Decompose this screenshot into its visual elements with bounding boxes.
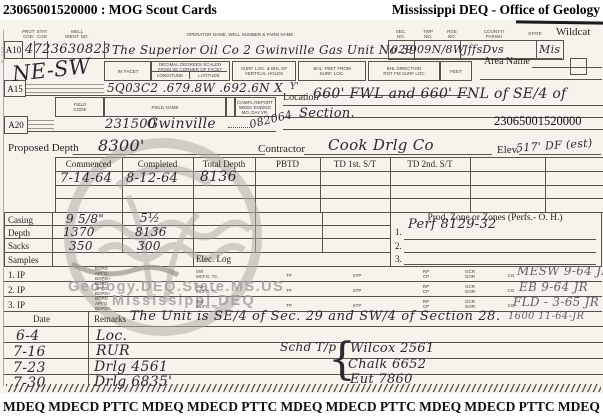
- col-completed: Completed: [122, 159, 193, 169]
- depth2-value: 8136: [135, 225, 167, 239]
- watermark-agency-text: Mississippi DEQ: [112, 293, 256, 309]
- contractor-value: Cook Drlg Co: [328, 136, 434, 154]
- a20-ruling: [28, 120, 54, 121]
- a10-grid-line: [536, 40, 537, 58]
- casing2-value: 5½: [140, 211, 160, 225]
- in-facet-label: IN' FACET: [104, 61, 152, 81]
- casing-table-vline: [52, 212, 53, 266]
- completed-value: 8-12-64: [126, 171, 178, 186]
- state-value: Mis: [539, 43, 560, 56]
- location-line-rule3: [283, 129, 603, 130]
- footer-word: MDEQ: [3, 399, 45, 415]
- a15-ruling: [26, 88, 104, 89]
- casing-table-vline: [122, 212, 123, 252]
- formation-top-2: Chalk 6652: [348, 357, 426, 372]
- ip3-rp-label: RP CP: [420, 299, 432, 309]
- casing-table-vline: [4, 212, 5, 266]
- prod-zone-num1: 1.: [395, 227, 402, 237]
- footer-word: MDECD: [326, 399, 377, 415]
- rge-label: RGE NO.: [441, 29, 463, 39]
- proposed-depth-value: 8300': [98, 136, 145, 155]
- ip3-gcr-label: GCR GOR: [462, 299, 478, 309]
- remark4-text: Drlg 6835': [94, 374, 172, 390]
- ip2-value: EB 9-64 JR: [519, 280, 588, 294]
- sacks1-value: 350: [69, 239, 93, 253]
- twp-rge-value: 09N/8W: [417, 43, 464, 56]
- ip1-gcr-label: GCR GOR: [462, 269, 478, 279]
- remarks-line: [4, 326, 603, 327]
- api-number: 23065001520000: [494, 114, 582, 129]
- feet-label: FEET: [440, 61, 472, 81]
- longitude-label: LONGITUDE: [152, 73, 188, 78]
- remarks-headline: The Unit is SE/4 of Sec. 29 and SW/4 of …: [130, 309, 501, 324]
- remarks-col-label: Remarks: [94, 314, 126, 324]
- ip2-gcr-label: GCR GOR: [462, 284, 478, 294]
- county-value: JffsDvs: [463, 43, 504, 56]
- casing-table-line: [4, 266, 390, 267]
- operator-label: OPERATOR NAME, WELL NUMBER & FARM NAME: [140, 32, 340, 37]
- page-title: 23065001520000 : MOG Scout Cards: [3, 2, 217, 18]
- stat-cod-label: STAT COD: [36, 29, 48, 39]
- depth1-value: 1370: [63, 225, 95, 239]
- depth-row-label: Depth: [8, 228, 30, 238]
- well-ident-label: WELL IDENT. NO.: [55, 29, 99, 39]
- county-label: COUNTY/ PARISH: [474, 29, 514, 39]
- field-code-label: FIELD CODE: [55, 97, 105, 117]
- ip1-bopd-label: BOPD API°G BOPD+: [95, 266, 119, 281]
- ip1-mcfg-label: SW MCFG; TC: [196, 269, 230, 279]
- remark2-date: 7-16: [13, 344, 46, 360]
- samples-row-label: Samples: [8, 255, 39, 265]
- footer-watermark-strip: MDEQ MDECD PTTC MDEQ MDECD PTTC MDEQ MDE…: [0, 397, 603, 416]
- ip2-label: 2. IP: [8, 285, 25, 295]
- form-number-vertical: E 250: [0, 46, 5, 63]
- casing-table-line: [4, 238, 390, 239]
- sacks-row-label: Sacks: [8, 241, 29, 251]
- well-ident-value: 4723630823: [25, 42, 111, 57]
- ip2-bopd-label: BOPD API°G BOPD+: [95, 281, 119, 296]
- leader-dots: [228, 127, 250, 128]
- drill-table-vline: [545, 157, 546, 212]
- a15-ruling: [26, 84, 104, 85]
- area-name-line2: [480, 79, 602, 80]
- bhl-feet-label: BHL: FEET FROM SURF. LOC.: [298, 61, 366, 81]
- remarks-note: 1600 11-64-JR: [508, 311, 584, 322]
- footer-word: MDEQ: [142, 399, 184, 415]
- drill-table-line: [55, 157, 603, 158]
- twp-label: TWP NO.: [417, 29, 439, 39]
- footer-word: MDECD: [48, 399, 99, 415]
- prod-zone-rule: [404, 252, 596, 253]
- contractor-rule: [304, 154, 492, 155]
- drill-table-line: [55, 198, 603, 199]
- elev-rule: [519, 154, 601, 155]
- state-label: STATE: [522, 31, 548, 36]
- ip1-stp-label: STP: [350, 273, 364, 278]
- contractor-label: Contractor: [258, 143, 305, 155]
- wildcat-label: Wildcat: [556, 26, 590, 38]
- latitude-label: LATITUDE: [191, 73, 227, 78]
- prod-zone-num2: 2.: [395, 241, 402, 251]
- a15-ruling: [26, 92, 104, 93]
- footer-word: MDECD: [464, 399, 515, 415]
- sec-label: SEC. NO.: [390, 29, 412, 39]
- footer-word: PTTC: [241, 399, 277, 415]
- remark2-text: RUR: [96, 343, 130, 359]
- remark1-text: Loc.: [96, 328, 127, 344]
- footer-word: PTTC: [380, 399, 416, 415]
- sacks2-value: 300: [137, 239, 161, 253]
- commenced-value: 7-14-64: [60, 171, 112, 186]
- casing-table-vline: [255, 212, 256, 252]
- agency-title: Mississippi DEQ - Office of Geology: [392, 2, 600, 18]
- prod-zone-num3: 3.: [395, 254, 402, 264]
- casing-table-line: [4, 252, 390, 253]
- ip3-label: 3. IP: [8, 300, 25, 310]
- footer-word: PTTC: [102, 399, 138, 415]
- location-line2: Section.: [299, 106, 355, 121]
- ip2-mcfg-label: SW MCFG; TC: [196, 284, 230, 294]
- a15-writing-line: [26, 95, 308, 96]
- formation-top-1: Wilcox 2561: [350, 341, 434, 356]
- ip3-stp-label: STP: [350, 303, 364, 308]
- bhl-direction-label: BHL DIRECTION ROT FM SURF LOC: [368, 61, 440, 81]
- col-total-depth: Total Depth: [193, 159, 255, 169]
- casing-table-vline: [193, 212, 194, 266]
- casing1-value: 9 5/8": [66, 212, 104, 226]
- ip1-tp-label: TP: [283, 273, 295, 278]
- row-code-a20: A20: [4, 116, 28, 134]
- field-name-label: FIELD NAME: [103, 97, 227, 117]
- y-mark: Y': [290, 82, 299, 92]
- total-depth-value: 8136: [200, 169, 237, 185]
- a10-grid-line: [22, 41, 23, 58]
- area-name-label: Area Name: [484, 56, 530, 67]
- prot-cod-label: PROT COD: [22, 29, 34, 39]
- a20-ruling: [28, 128, 54, 129]
- facet-coords-value: 5Q03C2 .679.8W .692.6N X: [107, 81, 283, 95]
- remark3-text: Drlg 4561: [94, 359, 168, 375]
- ip2-cg-label: CG: [505, 288, 517, 293]
- ip3-bopd-label: BOPD API°G BOPD+: [95, 296, 119, 311]
- decimal-sub-divider: [189, 71, 190, 79]
- a20-ruling: [28, 124, 54, 125]
- drill-table-vline: [470, 157, 471, 212]
- operator-value: The Superior Oil Co 2 Gwinville Gas Unit…: [112, 43, 417, 57]
- ip2-stp-label: STP: [350, 288, 364, 293]
- footer-word: MDEQ: [280, 399, 322, 415]
- ip2-tp-label: TP: [283, 288, 295, 293]
- field-name-value: Gwinville: [147, 116, 216, 132]
- row-code-a10: A10: [4, 41, 23, 59]
- location-line1: 660' FWL and 660' FNL of SE/4 of: [313, 86, 567, 102]
- prod-zone-value1: Perf 8129-32: [408, 217, 497, 232]
- date-col-label: Date: [33, 314, 50, 324]
- footer-word: MDEQ: [419, 399, 461, 415]
- elec-log-label: Elec. Log: [196, 254, 231, 264]
- prod-zone-rule: [404, 239, 596, 240]
- casing-row-label: Casing: [8, 215, 33, 225]
- ip1-rp-label: RP CP: [420, 269, 432, 279]
- surf-loc-label: SURF. LOC. & BHL OF VERTICAL HOLES: [232, 61, 296, 81]
- sec-value: 029: [391, 43, 413, 56]
- footer-word: MDEQ: [558, 399, 600, 415]
- ip3-tp-label: TP: [283, 303, 295, 308]
- formation-top-3: Eut 7860: [350, 372, 413, 387]
- col-td2: TD 2nd. S/T: [390, 159, 470, 169]
- remark4-date: 7-30: [13, 375, 46, 391]
- footer-word: PTTC: [519, 399, 555, 415]
- ip1-value: MESW 9-64 JR: [517, 264, 603, 278]
- ip1-cg-label: CG: [505, 273, 517, 278]
- remark3-date: 7-23: [13, 360, 46, 376]
- col-commenced: Commenced: [55, 159, 122, 169]
- ip3-value: FLD - 3-65 JR: [513, 295, 599, 309]
- ip3-mcfg-label: SW MCFG; TC: [196, 299, 230, 309]
- proposed-depth-label: Proposed Depth: [8, 142, 79, 154]
- casing-table-vline: [322, 212, 323, 252]
- ip2-rp-label: RP CP: [420, 284, 432, 294]
- casing-table-line: [4, 225, 390, 226]
- footer-word: MDECD: [187, 399, 238, 415]
- area-name-line: [532, 67, 602, 68]
- ip1-label: 1. IP: [8, 270, 25, 280]
- col-td1: TD 1st. S/T: [320, 159, 390, 169]
- col-pbtd: PBTD: [255, 159, 320, 169]
- remark1-date: 6-4: [16, 328, 39, 344]
